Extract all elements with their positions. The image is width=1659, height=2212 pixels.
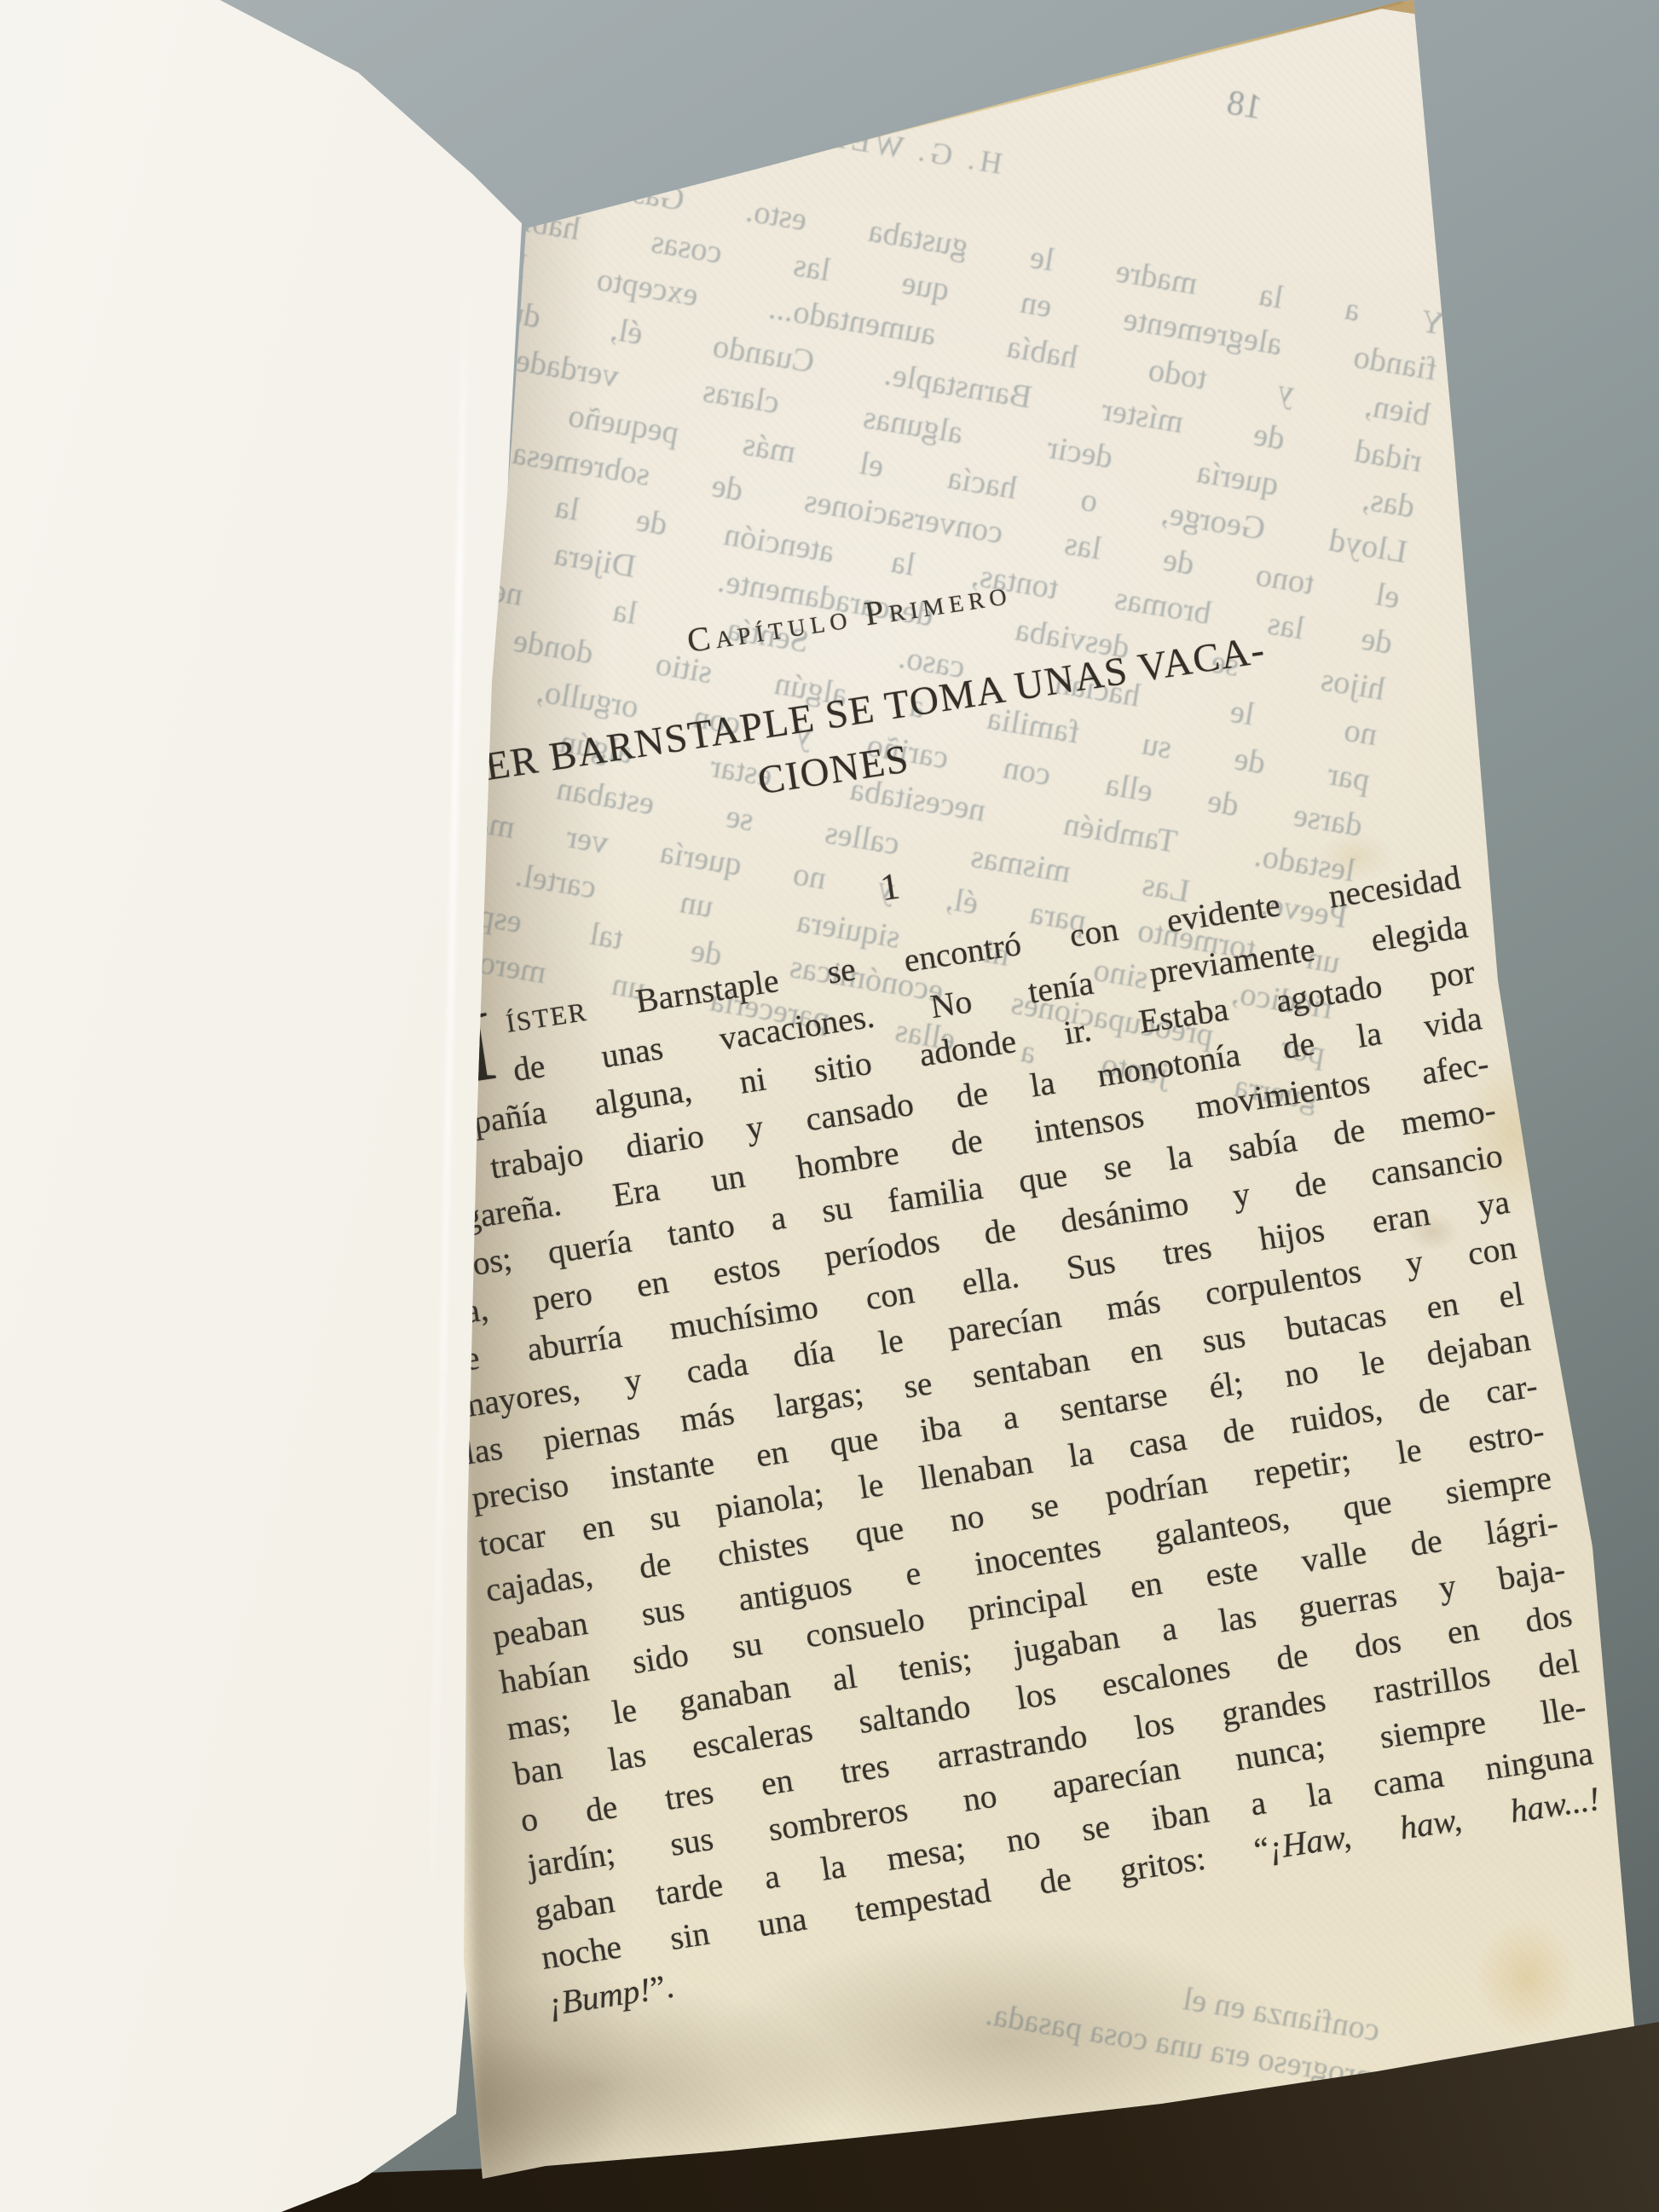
book-photo: 18 H. G. WELLS Y a la madre le gustaba e… (0, 0, 1659, 2212)
lead-caps: ÍSTER (504, 996, 589, 1038)
body-paragraph: M ÍSTER Barnstaple se encontró con evide… (399, 854, 1610, 2027)
body-lines: de unas vacaciones. No tenía previamente… (406, 903, 1596, 1936)
body-line-text: ”. (648, 1967, 677, 2007)
